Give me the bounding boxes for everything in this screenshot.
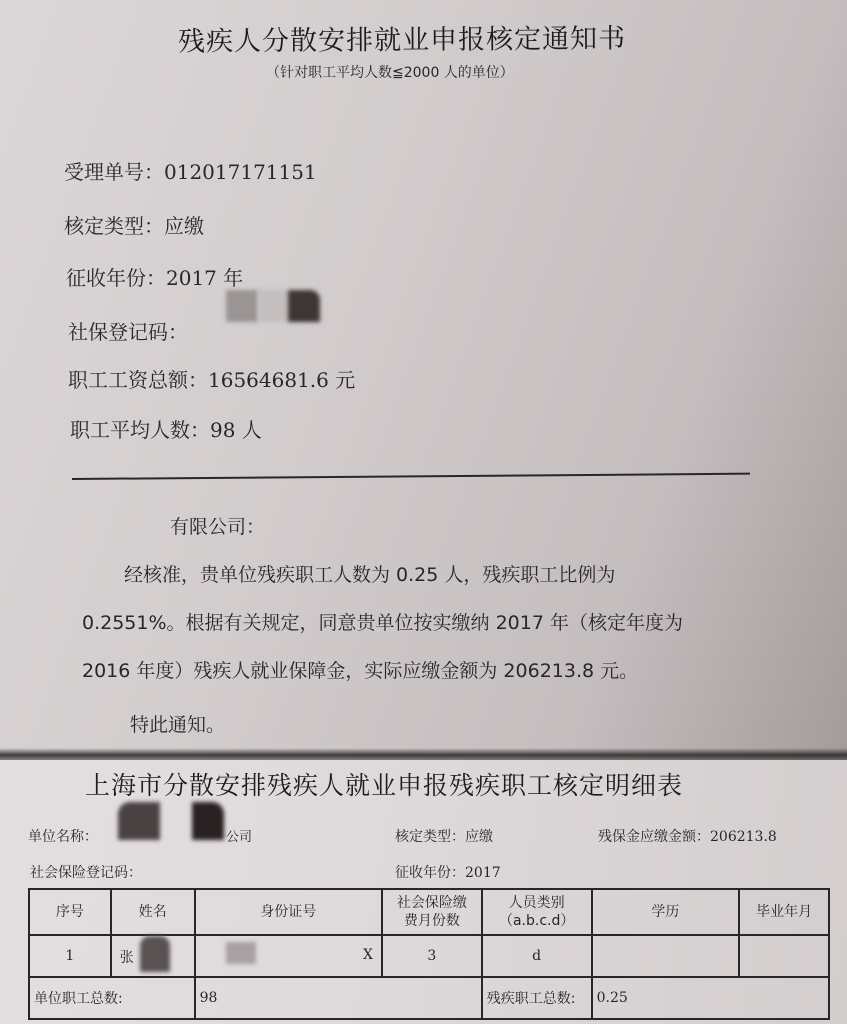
table-header-row: 序号 姓名 身份证号 社会保险缴 费月份数 人员类别 （a.b.c.d） 学历 …	[29, 889, 829, 935]
total-staff-label: 单位职工总数:	[29, 977, 195, 1019]
header-line: 费月份数	[383, 912, 481, 930]
closing: 特此通知。	[130, 710, 225, 737]
redaction-block	[258, 290, 288, 322]
collect-year-label: 征收年份：	[395, 865, 465, 881]
check-type: 核定类型：应缴	[395, 826, 493, 846]
divider	[72, 473, 750, 480]
field-avg-staff: 职工平均人数：98 人	[70, 414, 262, 443]
table-row: 1 张 X 3 d	[29, 935, 829, 977]
levy-amount-label: 残保金应缴金额：	[598, 829, 710, 845]
cell-education	[592, 935, 740, 977]
notice-sheet: 残疾人分散安排就业申报核定通知书 （针对职工平均人数≦2000 人的单位） 受理…	[0, 0, 847, 755]
field-value: 98 人	[210, 418, 262, 442]
unit-name-label: 单位名称：	[28, 826, 98, 846]
redaction-block	[118, 802, 160, 840]
levy-amount: 残保金应缴金额：206213.8	[598, 826, 777, 846]
field-value: 应缴	[164, 214, 204, 238]
disabled-total-value: 0.25	[592, 977, 829, 1019]
header-index: 序号	[29, 889, 111, 935]
check-type-label: 核定类型：	[395, 829, 465, 845]
id-text: X	[363, 947, 373, 963]
ssn-label: 社会保险登记码：	[30, 862, 142, 882]
notice-subtitle: （针对职工平均人数≦2000 人的单位）	[266, 62, 514, 82]
detail-table: 序号 姓名 身份证号 社会保险缴 费月份数 人员类别 （a.b.c.d） 学历 …	[28, 888, 830, 1020]
redaction-block	[192, 802, 224, 840]
check-type-value: 应缴	[465, 829, 493, 845]
body-line-1: 经核准，贵单位残疾职工人数为 0.25 人，残疾职工比例为	[124, 560, 615, 587]
redaction-block	[226, 290, 258, 322]
header-id-number: 身份证号	[195, 889, 382, 935]
field-year: 征收年份：2017 年	[66, 262, 243, 291]
cell-graduation	[739, 935, 829, 977]
name-text: 张	[120, 947, 134, 967]
field-value: 012017171151	[164, 160, 317, 184]
disabled-total-label: 残疾职工总数:	[482, 977, 592, 1019]
field-label: 受理单号：	[64, 160, 164, 184]
cell-index: 1	[29, 935, 111, 977]
cell-months: 3	[382, 935, 482, 977]
header-line: 社会保险缴	[383, 894, 481, 912]
field-total-wages: 职工工资总额：16564681.6 元	[68, 364, 355, 393]
header-category: 人员类别 （a.b.c.d）	[482, 889, 592, 935]
field-label: 核定类型：	[64, 214, 164, 238]
levy-amount-value: 206213.8	[710, 829, 777, 845]
addressee: 有限公司：	[170, 512, 265, 539]
redaction-block	[288, 290, 320, 322]
field-value: 2017 年	[166, 266, 243, 290]
total-staff-value: 98	[195, 977, 482, 1019]
redaction-block	[226, 942, 256, 964]
header-name: 姓名	[111, 889, 195, 935]
field-label: 征收年份：	[66, 266, 166, 290]
table-summary-row: 单位职工总数: 98 残疾职工总数: 0.25	[29, 977, 829, 1019]
field-check-type: 核定类型：应缴	[64, 210, 204, 239]
redaction-block	[140, 936, 170, 972]
detail-sheet: 上海市分散安排残疾人就业申报残疾职工核定明细表 单位名称： 公司 核定类型：应缴…	[0, 760, 847, 1024]
body-line-2: 0.2551%。根据有关规定，同意贵单位按实缴纳 2017 年（核定年度为	[82, 608, 683, 635]
cell-name: 张	[111, 935, 195, 977]
field-receipt-no: 受理单号：012017171151	[64, 156, 317, 185]
notice-title: 残疾人分散安排就业申报核定通知书	[178, 16, 626, 58]
header-line: （a.b.c.d）	[483, 912, 591, 930]
body-line-3: 2016 年度）残疾人就业保障金，实际应缴金额为 206213.8 元。	[82, 656, 638, 683]
detail-title: 上海市分散安排残疾人就业申报残疾职工核定明细表	[85, 766, 683, 802]
field-label: 职工工资总额：	[68, 368, 208, 392]
header-insurance-months: 社会保险缴 费月份数	[382, 889, 482, 935]
field-value: 16564681.6 元	[208, 368, 355, 392]
cell-id-number: X	[195, 935, 382, 977]
header-education: 学历	[592, 889, 740, 935]
collect-year-value: 2017	[465, 865, 501, 881]
header-graduation: 毕业年月	[739, 889, 829, 935]
collect-year: 征收年份：2017	[395, 862, 501, 882]
header-line: 人员类别	[483, 894, 591, 912]
field-label: 社保登记码：	[68, 320, 188, 344]
unit-name-value: 公司	[226, 826, 252, 845]
field-ssn-code: 社保登记码：	[68, 316, 188, 345]
cell-category: d	[482, 935, 592, 977]
field-label: 职工平均人数：	[70, 418, 210, 442]
